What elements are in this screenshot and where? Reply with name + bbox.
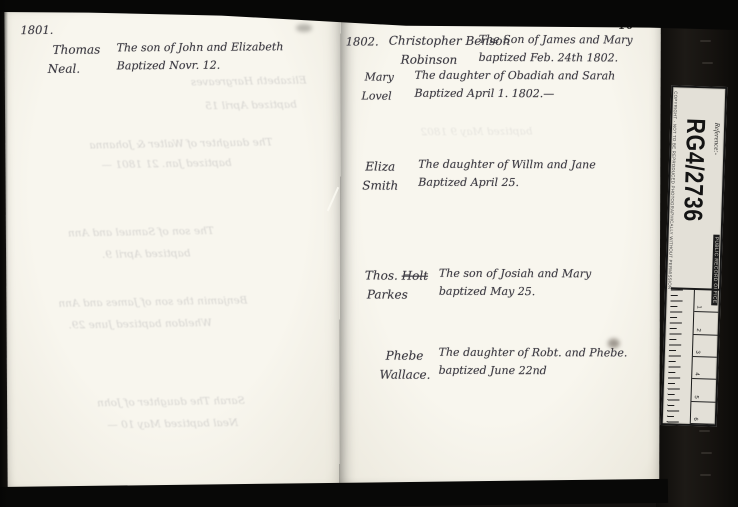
entry-name-line: Eliza — [365, 158, 398, 177]
entry-name-line: Lovel — [362, 87, 394, 106]
film-mark — [700, 474, 711, 476]
film-mark — [700, 40, 711, 42]
ruler-inch-number: 2 — [695, 328, 701, 332]
ruler-inch-number: 5 — [693, 395, 699, 399]
register-left-page: 1801. Thomas Neal. The son of John and E… — [4, 9, 347, 489]
entry-detail-line: The son of Josiah and Mary — [439, 265, 591, 284]
entry-name-line: Smith — [362, 177, 398, 196]
entry-detail-column: The daughter of Robt. and Phebe. baptize… — [439, 344, 628, 381]
ink-blot — [608, 338, 620, 348]
entry-detail-line: The daughter of Obadiah and Sarah — [415, 67, 616, 86]
reference-number: RG4/2736 — [676, 94, 712, 247]
entry-detail-column: The son of John and Elizabeth Baptized N… — [117, 38, 284, 75]
ruler-inch-number: 3 — [694, 350, 700, 354]
film-frame-left — [0, 0, 8, 507]
entry-name-line: Phebe — [386, 347, 431, 366]
film-mark — [701, 452, 712, 454]
entry-name-part: Thos. — [365, 269, 398, 283]
entry-name-column: Eliza Smith — [365, 158, 398, 196]
bleedthrough-line: Wheldon baptized June 29. — [68, 317, 212, 331]
ruler-inch-cell: 4 — [692, 357, 717, 380]
film-mark — [699, 430, 710, 432]
entry-name-line: Thos. Holt — [365, 267, 428, 286]
ruler-inch-cell: 2 — [694, 312, 719, 335]
bleedthrough-line: Benjamin the son of James and Ann — [58, 295, 247, 310]
entry-name-column: Thos. Holt Parkes — [365, 267, 428, 305]
bleedthrough-line: baptized Jan. 21 1801 — — [101, 157, 231, 171]
entry-detail-line: baptized June 22nd — [439, 362, 628, 381]
year-heading-left: 1801. — [20, 23, 53, 37]
entry-name-column: Thomas Neal. — [53, 41, 101, 79]
bleedthrough-line: The son of Samuel and Ann — [68, 225, 214, 240]
bleedthrough-line: Sarah The daughter of John — [97, 395, 245, 410]
entry-detail-line: Baptized April 25. — [418, 174, 596, 193]
label-ruler: 1 2 3 4 5 6 — [667, 287, 719, 424]
entry-detail-column: The daughter of Obadiah and Sarah Baptiz… — [415, 67, 616, 104]
entry-detail-line: The daughter of Robt. and Phebe. — [439, 344, 628, 363]
bleedthrough-line: baptized May 9 1802 — [420, 126, 532, 139]
microfilm-scan: 1801. Thomas Neal. The son of John and E… — [0, 0, 738, 507]
entry-name-struck: Holt — [402, 269, 428, 283]
entry-detail-column: The daughter of Willm and Jane Baptized … — [418, 156, 596, 193]
ruler-inch-cell: 6 — [691, 402, 716, 425]
bleedthrough-line: baptized April 9. — [102, 247, 191, 261]
ruler-inch-cell: 3 — [693, 335, 718, 358]
ruler-centimetres — [667, 289, 695, 424]
register-right-page: 1802. Christopher Benson Robinson The So… — [339, 19, 661, 484]
ruler-inch-cell: 5 — [691, 379, 716, 402]
entry-name-line: Wallace. — [380, 366, 431, 385]
entry-detail-line: baptized May 25. — [439, 283, 591, 302]
entry-detail-line: The Son of James and Mary — [479, 31, 633, 50]
entry-detail-line: Baptized April 1. 1802.— — [415, 85, 616, 104]
entry-detail-line: baptized Feb. 24th 1802. — [479, 49, 633, 68]
entry-name-column: Phebe Wallace. — [386, 347, 431, 385]
ruler-inch-number: 6 — [692, 417, 698, 421]
reference-caption: Reference:- — [712, 123, 721, 156]
entry-name-line: Parkes — [367, 286, 428, 305]
bleedthrough-line: The daughter of Walter & Johanna — [89, 136, 272, 151]
entry-detail-column: The son of Josiah and Mary baptized May … — [439, 265, 591, 302]
entry-detail-line: The son of John and Elizabeth — [117, 38, 284, 57]
entry-name-column: Mary Lovel — [365, 68, 394, 106]
entry-name-line: Thomas — [53, 41, 101, 60]
year-heading-right: 1802. — [346, 34, 379, 48]
ruler-inch-cell: 1 — [694, 290, 719, 313]
smudge — [296, 24, 312, 32]
entry-name-line: Neal. — [48, 60, 101, 79]
entry-detail-line: Baptized Novr. 12. — [117, 56, 284, 75]
entry-name-line: Mary — [365, 68, 394, 87]
entry-detail-line: The daughter of Willm and Jane — [418, 156, 596, 175]
film-mark — [702, 62, 713, 64]
ruler-inch-number: 4 — [694, 373, 700, 377]
bleedthrough-line: baptized April 15 — [205, 99, 297, 113]
bleedthrough-line: Elizabeth Hargreaves — [191, 74, 307, 88]
entry-detail-column: The Son of James and Mary baptized Feb. … — [479, 31, 633, 68]
ruler-inch-number: 1 — [696, 306, 702, 310]
archive-reference-label: Reference:- RG4/2736 PUBLIC RECORD OFFIC… — [661, 85, 728, 427]
bleedthrough-line: Neal baptized May 10 — — [107, 417, 238, 431]
